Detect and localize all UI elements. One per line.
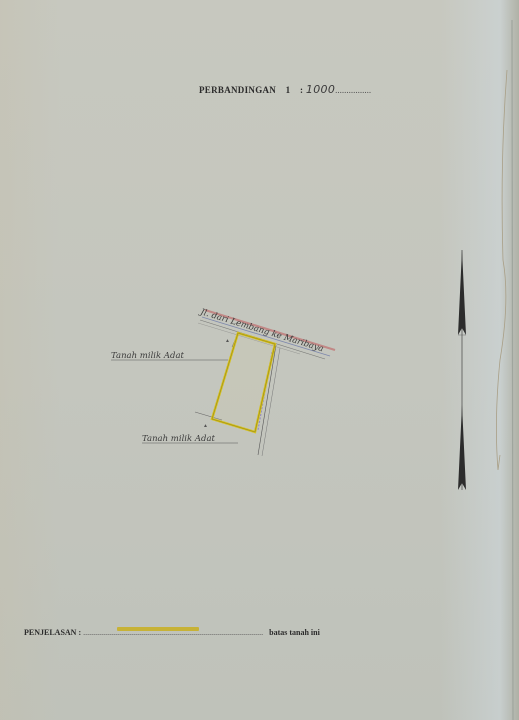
legend: PENJELASAN : ...........................… — [24, 628, 320, 637]
parcel-map: Jl. dari Lembang ke Maribaya ▲ ▲ Tanah m… — [0, 0, 519, 720]
corner-mark-b: ▲ — [203, 424, 208, 429]
legend-label: PENJELASAN — [24, 628, 76, 637]
parcel-boundary — [212, 333, 275, 432]
north-arrow-icon — [458, 250, 466, 490]
document-page: PERBANDINGAN 1 : 1000................ Jl… — [0, 0, 519, 720]
legend-description: batas tanah ini — [269, 628, 320, 637]
neighbor-label-west: Tanah milik Adat — [111, 351, 185, 361]
legend-dots: ........................................… — [83, 628, 263, 637]
corner-mark-a: ▲ — [225, 339, 230, 344]
legend-colon: : — [78, 628, 81, 637]
neighbor-label-south: Tanah milik Adat — [142, 434, 216, 444]
